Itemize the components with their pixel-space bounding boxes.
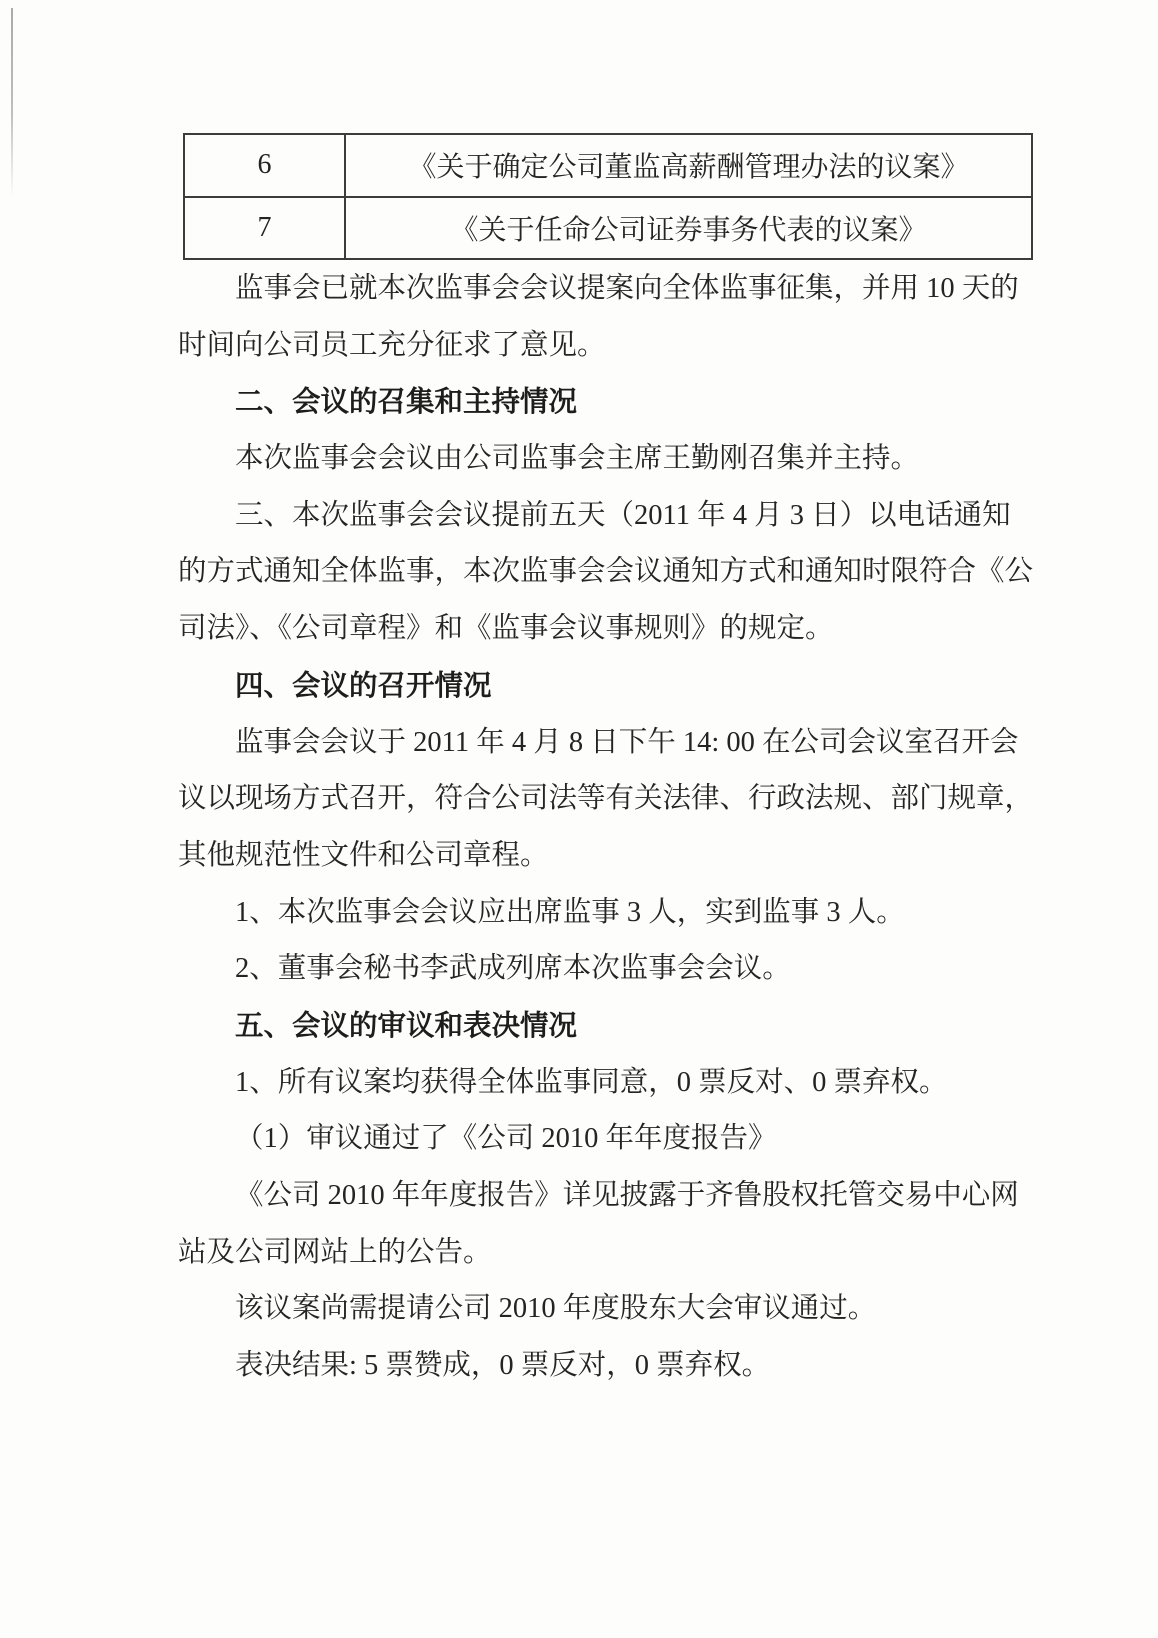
text-line: 议以现场方式召开，符合公司法等有关法律、行政法规、部门规章， [178, 771, 993, 828]
text-line: 其他规范性文件和公司章程。 [178, 828, 993, 885]
document-body: 监事会已就本次监事会会议提案向全体监事征集，并用 10 天的 时间向公司员工充分… [178, 261, 993, 1395]
proposal-table: 6 《关于确定公司董监高薪酬管理办法的议案》 7 《关于任命公司证券事务代表的议… [183, 133, 1033, 260]
text-line: 站及公司网站上的公告。 [178, 1225, 993, 1282]
scan-artifact-line [11, 8, 13, 198]
text-line: 本次监事会会议由公司监事会主席王勤刚召集并主持。 [178, 431, 993, 488]
text-line: 1、本次监事会会议应出席监事 3 人，实到监事 3 人。 [178, 885, 993, 942]
text-line: （1）审议通过了《公司 2010 年年度报告》 [178, 1111, 993, 1168]
text-line: 时间向公司员工充分征求了意见。 [178, 318, 993, 375]
section-heading: 二、会议的召集和主持情况 [178, 374, 993, 431]
proposal-number-cell: 7 [184, 197, 345, 260]
text-line: 监事会已就本次监事会会议提案向全体监事征集，并用 10 天的 [178, 261, 993, 318]
text-line: 的方式通知全体监事，本次监事会会议通知方式和通知时限符合《公 [178, 544, 993, 601]
text-line: 表决结果: 5 票赞成，0 票反对，0 票弃权。 [178, 1338, 993, 1395]
proposal-number-cell: 6 [184, 134, 345, 197]
table-row: 7 《关于任命公司证券事务代表的议案》 [184, 197, 1032, 260]
scanned-document-page: 6 《关于确定公司董监高薪酬管理办法的议案》 7 《关于任命公司证券事务代表的议… [0, 0, 1158, 1638]
text-line: 《公司 2010 年年度报告》详见披露于齐鲁股权托管交易中心网 [178, 1168, 993, 1225]
proposal-title-cell: 《关于确定公司董监高薪酬管理办法的议案》 [345, 134, 1032, 197]
text-line: 司法》、《公司章程》和《监事会议事规则》的规定。 [178, 601, 993, 658]
text-line: 该议案尚需提请公司 2010 年度股东大会审议通过。 [178, 1281, 993, 1338]
text-line: 2、董事会秘书李武成列席本次监事会会议。 [178, 941, 993, 998]
text-line: 监事会会议于 2011 年 4 月 8 日下午 14: 00 在公司会议室召开会 [178, 715, 993, 772]
text-line: 三、本次监事会会议提前五天（2011 年 4 月 3 日）以电话通知 [178, 488, 993, 545]
proposal-title-cell: 《关于任命公司证券事务代表的议案》 [345, 197, 1032, 260]
section-heading: 五、会议的审议和表决情况 [178, 998, 993, 1055]
text-line: 1、所有议案均获得全体监事同意，0 票反对、0 票弃权。 [178, 1055, 993, 1112]
section-heading: 四、会议的召开情况 [178, 658, 993, 715]
table-row: 6 《关于确定公司董监高薪酬管理办法的议案》 [184, 134, 1032, 197]
